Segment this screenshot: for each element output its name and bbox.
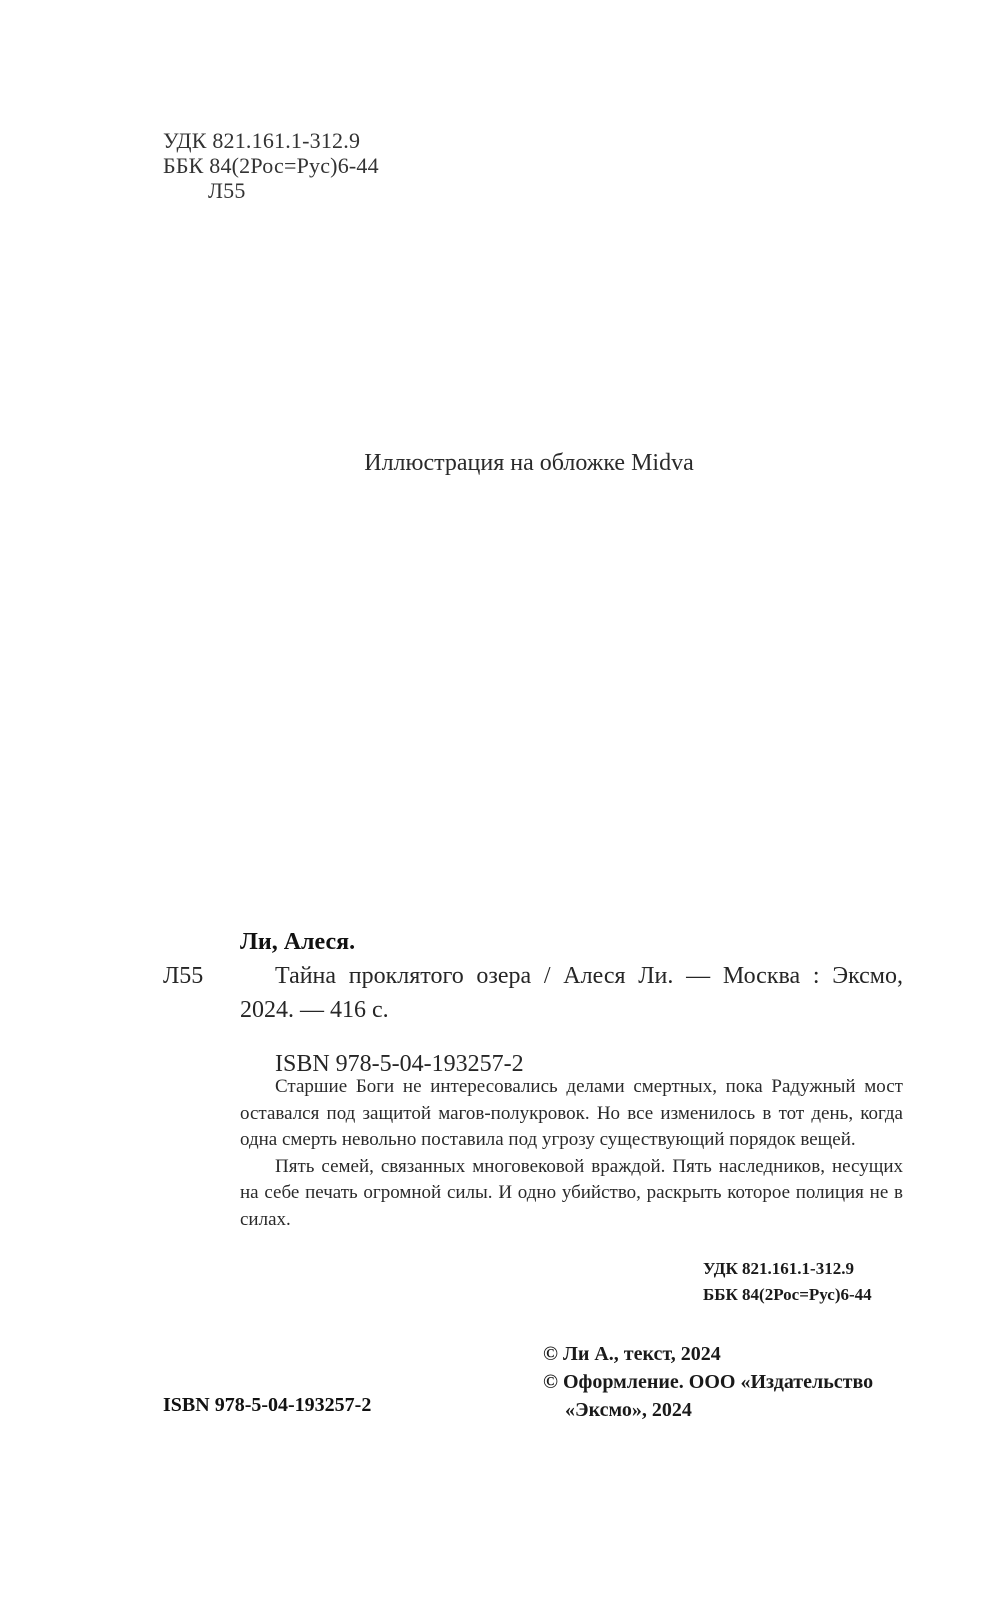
abstract-paragraph: Старшие Боги не интересовались делами см… [240,1074,903,1154]
abstract: Старшие Боги не интересовались делами см… [240,1074,903,1233]
abstract-paragraph: Пять семей, связанных многовековой вражд… [240,1154,903,1234]
bbk-code: ББК 84(2Рос=Рус)6-44 [163,153,379,178]
title-statement: Тайна проклятого озера / Алеся Ли. — Мос… [240,959,903,993]
bbk-code: ББК 84(2Рос=Рус)6-44 [703,1282,872,1308]
copyright-text: © Ли А., текст, 2024 [543,1340,903,1368]
copyright-notice: © Ли А., текст, 2024 © Оформление. ООО «… [543,1340,903,1424]
publication-details: 2024. — 416 с. [163,993,903,1027]
author-mark: Л55 [163,178,379,203]
classification-codes-bottom: УДК 821.161.1-312.9 ББК 84(2Рос=Рус)6-44 [703,1256,872,1308]
title-row: Л55 Тайна проклятого озера / Алеся Ли. —… [163,959,903,993]
classification-codes-top: УДК 821.161.1-312.9 ББК 84(2Рос=Рус)6-44… [163,128,379,203]
bibliographic-record: Ли, Алеся. Л55 Тайна проклятого озера / … [163,925,903,1081]
udk-code: УДК 821.161.1-312.9 [163,128,379,153]
author-mark: Л55 [163,959,240,993]
isbn-bottom: ISBN 978-5-04-193257-2 [163,1394,371,1417]
udk-code: УДК 821.161.1-312.9 [703,1256,872,1282]
illustration-credit: Иллюстрация на обложке Midva [0,450,1000,477]
author-heading: Ли, Алеся. [163,925,903,959]
copyright-design: © Оформление. ООО «Издательство [543,1368,903,1396]
copyright-design-cont: «Эксмо», 2024 [543,1396,903,1424]
